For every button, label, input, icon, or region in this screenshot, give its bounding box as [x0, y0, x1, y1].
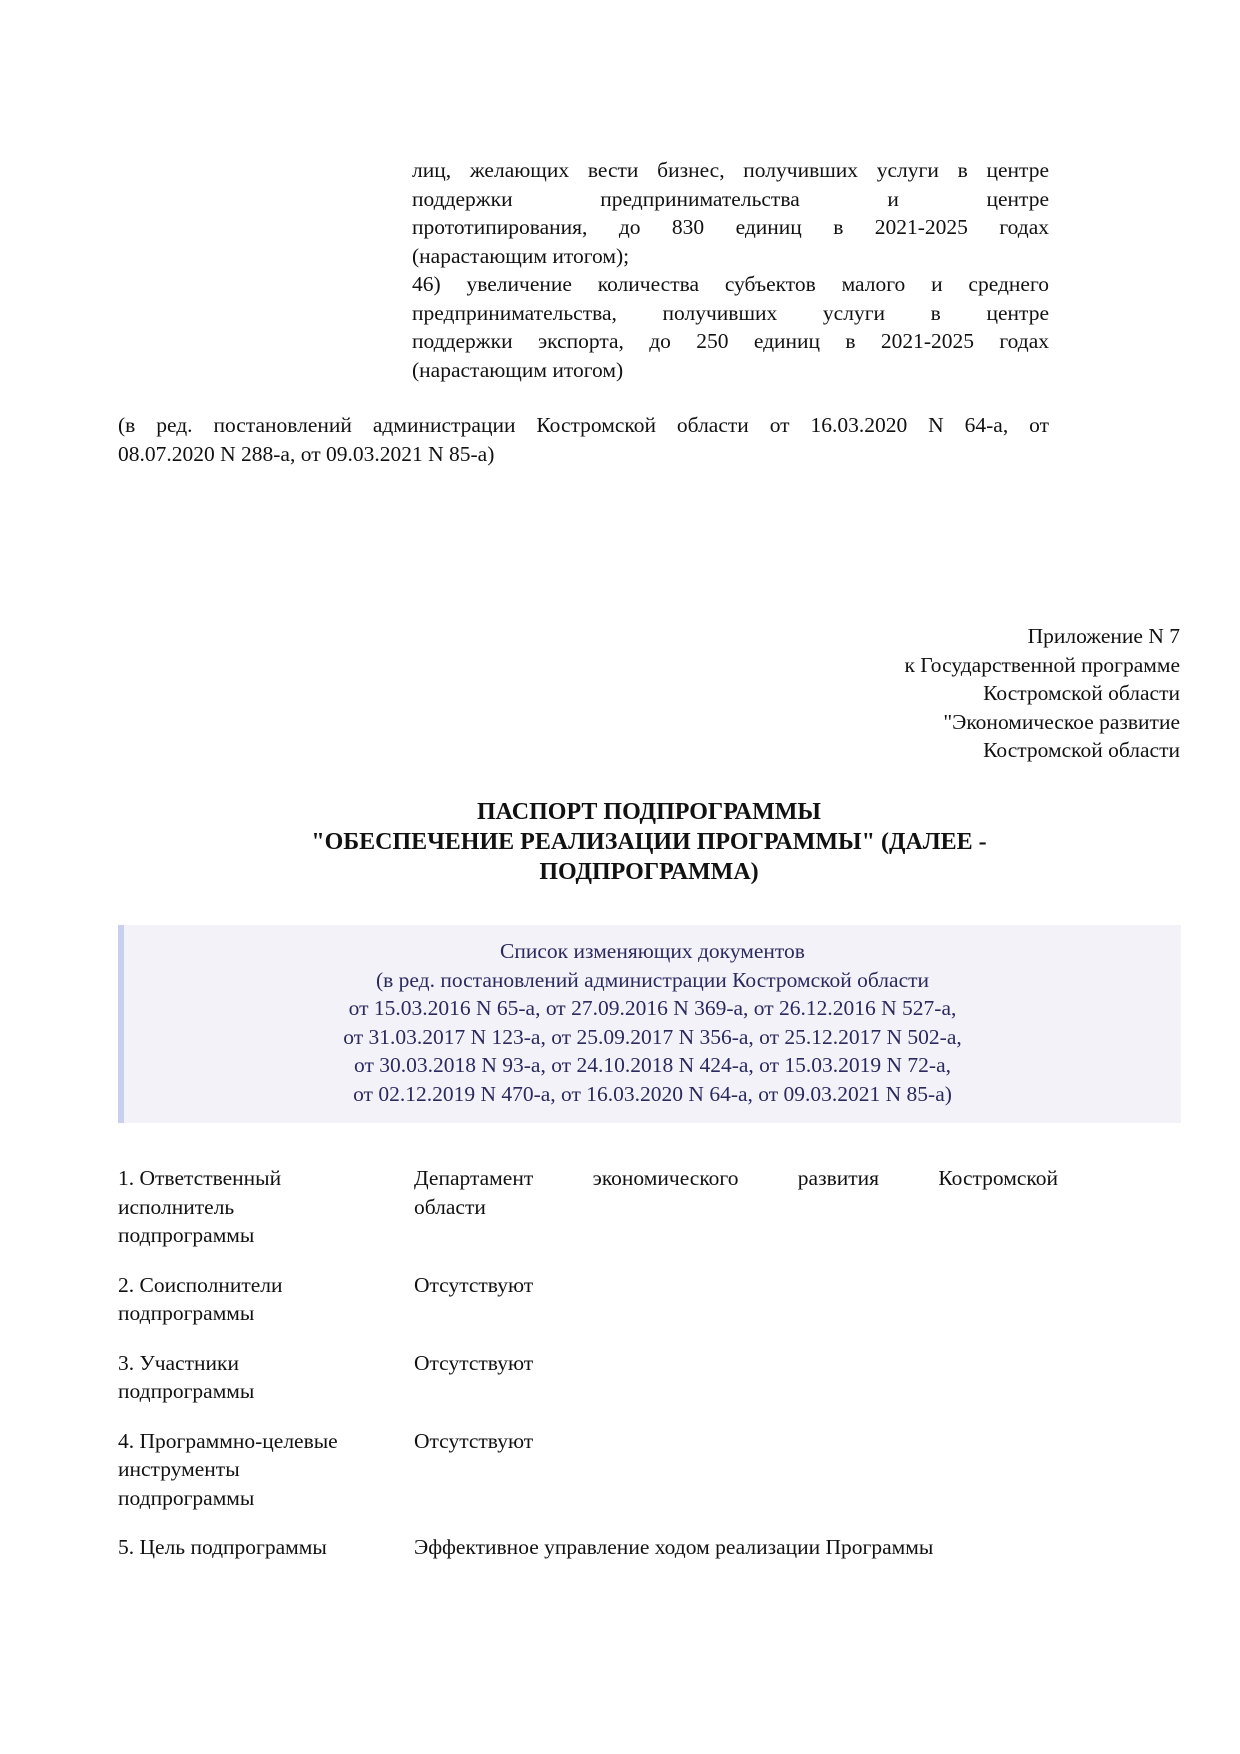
table-row: 3. Участники подпрограммы Отсутствуют — [118, 1349, 1058, 1406]
label-line: 1. Ответственный — [118, 1164, 414, 1193]
indicator-list-continuation: лиц, желающих вести бизнес, получивших у… — [412, 156, 1049, 384]
label-line: исполнитель — [118, 1193, 414, 1222]
text-line: прототипирования, до 830 единиц в 2021-2… — [412, 213, 1049, 242]
label-line: подпрограммы — [118, 1377, 414, 1406]
table-row: 1. Ответственный исполнитель подпрограмм… — [118, 1164, 1058, 1250]
label-line: подпрограммы — [118, 1299, 414, 1328]
row-label: 3. Участники подпрограммы — [118, 1349, 414, 1406]
table-row: 5. Цель подпрограммы Эффективное управле… — [118, 1533, 1058, 1562]
label-line: 2. Соисполнители — [118, 1271, 414, 1300]
row-label: 1. Ответственный исполнитель подпрограмм… — [118, 1164, 414, 1250]
text-line: предпринимательства, получивших услуги в… — [412, 299, 1049, 328]
text-line: к Государственной программе — [680, 651, 1180, 680]
title-line: "ОБЕСПЕЧЕНИЕ РЕАЛИЗАЦИИ ПРОГРАММЫ" (ДАЛЕ… — [118, 827, 1180, 857]
table-row: 4. Программно-целевые инструменты подпро… — [118, 1427, 1058, 1513]
row-label: 4. Программно-целевые инструменты подпро… — [118, 1427, 414, 1513]
row-value: Департамент экономического развития Кост… — [414, 1164, 1058, 1250]
value-line: области — [414, 1193, 1058, 1222]
passport-table: 1. Ответственный исполнитель подпрограмм… — [118, 1164, 1058, 1583]
title-line: ПОДПРОГРАММА) — [118, 857, 1180, 887]
title-line: ПАСПОРТ ПОДПРОГРАММЫ — [118, 797, 1180, 827]
text-line: (в ред. постановлений администрации Кост… — [124, 966, 1181, 995]
row-value: Эффективное управление ходом реализации … — [414, 1533, 1058, 1562]
appendix-number: Приложение N 7 — [680, 622, 1180, 651]
text-line: (в ред. постановлений администрации Кост… — [118, 411, 1049, 440]
label-line: подпрограммы — [118, 1221, 414, 1250]
text-line: (нарастающим итогом); — [412, 242, 1049, 271]
label-line: 4. Программно-целевые — [118, 1427, 414, 1456]
value-line: Отсутствуют — [414, 1349, 1058, 1378]
label-line: подпрограммы — [118, 1484, 414, 1513]
appendix-header: Приложение N 7 к Государственной програм… — [680, 622, 1180, 765]
value-line: Отсутствуют — [414, 1427, 1058, 1456]
text-line: 08.07.2020 N 288-а, от 09.03.2021 N 85-а… — [118, 440, 1049, 469]
label-line: инструменты — [118, 1455, 414, 1484]
page-title: ПАСПОРТ ПОДПРОГРАММЫ "ОБЕСПЕЧЕНИЕ РЕАЛИЗ… — [118, 797, 1180, 887]
text-line: поддержки экспорта, до 250 единиц в 2021… — [412, 327, 1049, 356]
text-line: Костромской области — [680, 679, 1180, 708]
text-line: 46) увеличение количества субъектов мало… — [412, 270, 1049, 299]
text-line: Костромской области — [680, 736, 1180, 765]
amending-documents-box: Список изменяющих документов (в ред. пос… — [118, 925, 1181, 1123]
text-line: "Экономическое развитие — [680, 708, 1180, 737]
label-line: 3. Участники — [118, 1349, 414, 1378]
row-label: 2. Соисполнители подпрограммы — [118, 1271, 414, 1328]
text-line: поддержки предпринимательства и центре — [412, 185, 1049, 214]
box-heading: Список изменяющих документов — [124, 937, 1181, 966]
value-line: Департамент экономического развития Кост… — [414, 1164, 1058, 1193]
text-line: лиц, желающих вести бизнес, получивших у… — [412, 156, 1049, 185]
text-line: от 02.12.2019 N 470-а, от 16.03.2020 N 6… — [124, 1080, 1181, 1109]
text-line: от 30.03.2018 N 93-а, от 24.10.2018 N 42… — [124, 1051, 1181, 1080]
text-line: от 15.03.2016 N 65-а, от 27.09.2016 N 36… — [124, 994, 1181, 1023]
row-value: Отсутствуют — [414, 1427, 1058, 1513]
amendment-note: (в ред. постановлений администрации Кост… — [118, 411, 1049, 468]
text-line: (нарастающим итогом) — [412, 356, 1049, 385]
value-line: Эффективное управление ходом реализации … — [414, 1533, 1058, 1562]
label-line: 5. Цель подпрограммы — [118, 1533, 414, 1562]
text-line: от 31.03.2017 N 123-а, от 25.09.2017 N 3… — [124, 1023, 1181, 1052]
row-label: 5. Цель подпрограммы — [118, 1533, 414, 1562]
table-row: 2. Соисполнители подпрограммы Отсутствую… — [118, 1271, 1058, 1328]
value-line: Отсутствуют — [414, 1271, 1058, 1300]
row-value: Отсутствуют — [414, 1349, 1058, 1406]
row-value: Отсутствуют — [414, 1271, 1058, 1328]
